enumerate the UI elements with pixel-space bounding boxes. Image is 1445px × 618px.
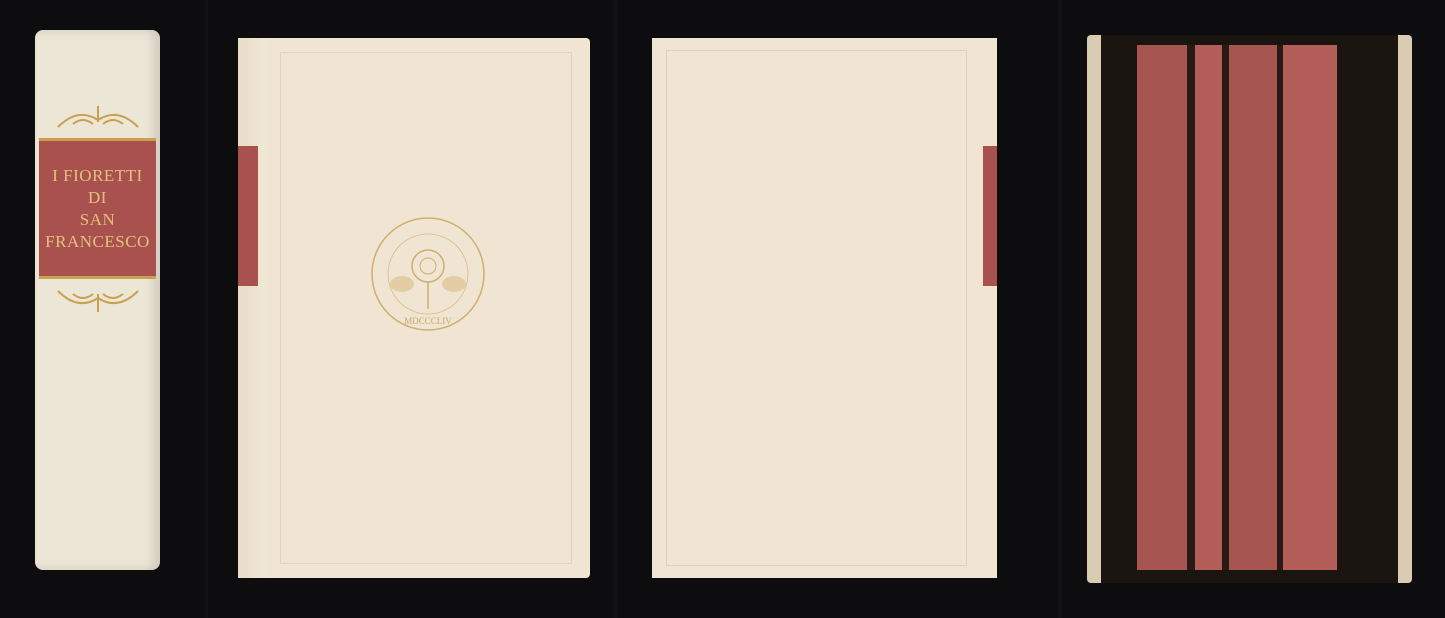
seal-date: MDCCCLIV — [404, 316, 452, 326]
blind-frame — [666, 50, 967, 566]
spine-label-edge — [238, 146, 258, 286]
title-line-1: I FIORETTI — [52, 165, 142, 187]
title-line-3: SAN — [80, 209, 116, 231]
spine-edge — [238, 38, 266, 578]
gilt-ornament-top-icon — [53, 102, 143, 132]
rose-seal-icon: MDCCCLIV — [368, 214, 488, 334]
spine-title-label: I FIORETTI DI SAN FRANCESCO — [39, 138, 156, 279]
back-cover — [652, 38, 997, 578]
fore-edge-view — [1087, 35, 1412, 583]
book-spine: I FIORETTI DI SAN FRANCESCO — [35, 30, 160, 570]
title-line-4: FRANCESCO — [45, 231, 150, 253]
red-page-edges — [1137, 45, 1337, 570]
title-line-2: DI — [88, 187, 107, 209]
gilt-ornament-bottom-icon — [53, 286, 143, 316]
front-cover: MDCCCLIV — [238, 38, 590, 578]
spine-label-edge — [983, 146, 997, 286]
